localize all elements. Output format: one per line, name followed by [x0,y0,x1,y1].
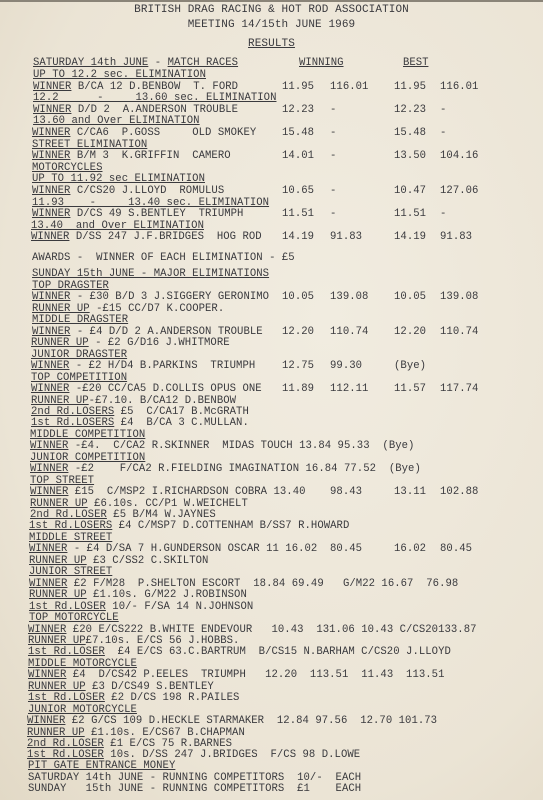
result-row: WINNER D/D 2 A.ANDERSON TROUBLE12.23-12.… [33,104,238,116]
result-label: WINNER [32,127,70,139]
time-b2: - [440,104,446,116]
result-label: 2nd Rd.LOSER [30,509,107,521]
time-b2: - [440,127,446,139]
result-detail: D/CS 49 S.BENTLEY TRIUMPH [70,208,243,220]
result-row: WINNER - £2 H/D4 B.PARKINS TRIUMPH12.759… [31,360,255,372]
col-winning: WINNING [299,57,344,69]
result-label: WINNER [29,543,67,555]
result-row: RUNNER UP-£7.10. B/CA12 D.BENBOW [31,395,236,407]
time-w1: 10.05 [282,291,314,303]
time-w1: 11.51 [282,208,314,220]
meeting-title: MEETING 14/15th JUNE 1969 [0,19,543,31]
time-w1: 14.01 [282,150,314,162]
time-b2: 102.88 [440,486,478,498]
time-b2: 104.16 [440,150,478,162]
time-b1: 11.57 [394,383,426,395]
result-row: WINNER D/CS 49 S.BENTLEY TRIUMPH11.51-11… [32,208,243,220]
result-detail: C/CA6 P.GOSS OLD SMOKEY [70,127,256,139]
result-detail: -£2 F/CA2 R.FIELDING IMAGINATION 16.84 7… [68,463,420,475]
section-heading: MIDDLE DRAGSTER [32,314,128,326]
time-b1: 14.19 [394,231,426,243]
pit-gate-heading: PIT GATE ENTRANCE MONEY [28,760,175,772]
result-label: RUNNER UP [31,337,89,349]
time-b2: 127.06 [440,185,478,197]
time-w2: 112.11 [330,383,368,395]
time-b2: 80.45 [440,543,472,555]
result-detail: £3 D/CS49 S.BENTLEY [86,681,214,693]
result-row: RUNNER UP £6.10s. CC/P1 W.WEICHELT [30,498,248,510]
result-row: 2nd Rd.LOSER £5 B/M4 W.JAYNES [30,509,216,521]
result-label: RUNNER UP [27,727,85,739]
result-row: WINNER C/CS20 J.LLOYD ROMULUS10.65-10.47… [32,185,224,197]
time-w2: 80.45 [330,543,362,555]
result-label: WINNER [33,104,71,116]
result-label: 1st Rd.LOSERS [29,520,112,532]
section-heading: TOP STREET [30,475,94,487]
result-row: WINNER £2 F/M28 P.SHELTON ESCORT 18.84 6… [29,578,458,590]
time-w2: 116.01 [330,81,368,93]
section-heading: JUNIOR COMPETITION [30,452,145,464]
result-detail: £1.10s. G/M22 J.ROBINSON [87,589,247,601]
time-w2: 99.30 [330,360,362,372]
result-label: WINNER [28,624,66,636]
section-heading: 12.2 - 13.60 sec. ELIMINATION [33,92,276,104]
result-label: RUNNER UP [31,395,89,407]
time-b1: 11.51 [394,208,426,220]
section-heading: TOP DRAGSTER [32,280,109,292]
section-heading: STREET ELIMINATION [32,139,147,151]
time-b2: 139.08 [440,291,478,303]
result-detail: £7.10s. E/CS 56 J.HOBBS. [86,635,240,647]
section-heading: TOP COMPETITION [31,372,127,384]
result-label: RUNNER UP [29,555,87,567]
result-row: WINNER -£20 CC/CA5 D.COLLIS OPUS ONE11.8… [31,383,262,395]
result-row: 1st Rd.LOSER £4 E/CS 63.C.BARTRUM B/CS15… [28,646,451,658]
result-row: 1st Rd.LOSERS £4 C/MSP7 D.COTTENHAM B/SS… [29,520,349,532]
result-detail: -£7.10. B/CA12 D.BENBOW [89,395,236,407]
result-row: RUNNER UP £3 C/SS2 C.SKILTON [29,555,208,567]
result-detail: £2 G/CS 109 D.HECKLE STARMAKER 12.84 97.… [65,715,437,727]
time-w1: 11.89 [282,383,314,395]
result-detail: - £2 G/D16 J.WHITMORE [89,337,230,349]
time-w1: 12.75 [282,360,314,372]
section-heading: MIDDLE COMPETITION [30,429,145,441]
result-label: WINNER [30,440,68,452]
time-b2: 110.74 [440,326,478,338]
result-detail: £1.10s. E/CS67 B.CHAPMAN [85,727,245,739]
time-w2: - [330,185,336,197]
col-best: BEST [403,57,428,69]
time-b1: (Bye) [394,360,426,372]
result-label: WINNER [32,185,70,197]
result-label: WINNER [30,486,68,498]
org-title: BRITISH DRAG RACING & HOT ROD ASSOCIATIO… [0,4,543,16]
result-detail: £20 E/CS222 B.WHITE ENDEVOUR 10.43 131.0… [66,624,476,636]
sunday-header: SUNDAY 15th JUNE - MAJOR ELIMINATIONS [32,268,269,280]
result-label: WINNER [33,81,71,93]
result-row: 1st Rd.LOSER £2 D/CS 198 R.PAILES [28,692,239,704]
section-heading: 11.93 - 13.40 sec. ELIMINATION [32,197,269,209]
section-heading: JUNIOR STREET [29,566,112,578]
time-w2: 91.83 [330,231,362,243]
result-detail: £4 C/MSP7 D.COTTENHAM B/SS7 R.HOWARD [112,520,349,532]
time-w1: 11.95 [282,81,314,93]
result-row: 2nd Rd.LOSER £1 E/CS 75 R.BARNES [27,738,232,750]
time-b1: 12.23 [394,104,426,116]
result-row: RUNNER UP -£15 CC/D7 K.COOPER. [32,303,224,315]
time-b1: 10.05 [394,291,426,303]
result-label: WINNER [32,208,70,220]
result-detail: D/SS 247 J.F.BRIDGES HOG ROD [69,231,261,243]
result-label: WINNER [31,231,69,243]
result-row: WINNER - £4 D/D 2 A.ANDERSON TROUBLE12.2… [32,326,263,338]
result-label: 2nd Rd.LOSERS [31,406,114,418]
section-heading: TOP MOTORCYCLE [29,612,119,624]
result-detail: £4 D/CS42 P.EELES TRIUMPH 12.20 113.51 1… [66,669,444,681]
time-b1: 11.95 [394,81,426,93]
time-w2: - [330,127,336,139]
result-detail: £6.10s. CC/P1 W.WEICHELT [88,498,248,510]
result-label: RUNNER UP [29,589,87,601]
section-heading: JUNIOR MOTORCYCLE [28,704,137,716]
result-label: 1st Rd.LOSER [29,601,106,613]
section-heading: MIDDLE MOTORCYCLE [28,658,137,670]
result-detail: - £30 B/D 3 J.SIGGERY GERONIMO [70,291,269,303]
result-detail: D/D 2 A.ANDERSON TROUBLE [71,104,238,116]
result-row: WINNER -£4. C/CA2 R.SKINNER MIDAS TOUCH … [30,440,414,452]
result-label: 1st Rd.LOSER [28,692,105,704]
result-row: RUNNER UP £1.10s. G/M22 J.ROBINSON [29,589,247,601]
section-heading: UP TO 12.2 sec. ELIMINATION [33,69,206,81]
result-detail: -£15 CC/D7 K.COOPER. [90,303,225,315]
time-w2: - [330,150,336,162]
time-w2: 110.74 [330,326,368,338]
result-label: WINNER [27,715,65,727]
awards-line: AWARDS - WINNER OF EACH ELIMINATION - £5 [32,252,295,264]
result-detail: - £4 D/SA 7 H.GUNDERSON OSCAR 11 16.02 [67,543,317,555]
result-label: 1st Rd.LOSERS [31,417,114,429]
time-b1: 16.02 [394,543,426,555]
result-detail: -£20 CC/CA5 D.COLLIS OPUS ONE [69,383,261,395]
result-detail: B/M 3 K.GRIFFIN CAMERO [70,150,230,162]
result-label: WINNER [32,326,70,338]
result-detail: £3 C/SS2 C.SKILTON [87,555,209,567]
result-label: 2nd Rd.LOSER [27,738,104,750]
result-detail: - £2 H/D4 B.PARKINS TRIUMPH [69,360,255,372]
time-w2: - [330,208,336,220]
result-label: WINNER [32,291,70,303]
result-label: WINNER [30,463,68,475]
saturday-header: SATURDAY 14th JUNE - MATCH RACES [33,57,238,69]
time-w1: 10.65 [282,185,314,197]
time-w1: 15.48 [282,127,314,139]
time-b1: 13.11 [394,486,426,498]
time-b1: 12.20 [394,326,426,338]
result-detail: C/CS20 J.LLOYD ROMULUS [70,185,224,197]
result-row: RUNNER UP £3 D/CS49 S.BENTLEY [28,681,214,693]
result-row: 1st Rd.LOSERS £4 B/CA 3 C.MULLAN. [31,417,249,429]
result-label: WINNER [28,669,66,681]
result-detail: -£4. C/CA2 R.SKINNER MIDAS TOUCH 13.84 9… [68,440,414,452]
result-row: RUNNER UP£7.10s. E/CS 56 J.HOBBS. [28,635,239,647]
result-row: WINNER £2 G/CS 109 D.HECKLE STARMAKER 12… [27,715,437,727]
time-b1: 10.47 [394,185,426,197]
time-b2: 117.74 [440,383,478,395]
result-detail: £2 D/CS 198 R.PAILES [105,692,240,704]
result-row: WINNER £15 C/MSP2 I.RICHARDSON COBRA 13.… [30,486,306,498]
time-w2: 98.43 [330,486,362,498]
time-b2: 91.83 [440,231,472,243]
result-row: WINNER -£2 F/CA2 R.FIELDING IMAGINATION … [30,463,421,475]
section-heading: 13.60 and Over ELIMINATION [33,115,200,127]
result-detail: £4 E/CS 63.C.BARTRUM B/CS15 N.BARHAM C/C… [105,646,451,658]
result-row: 2nd Rd.LOSERS £5 C/CA17 B.McGRATH [31,406,249,418]
result-detail: - £4 D/D 2 A.ANDERSON TROUBLE [70,326,262,338]
result-detail: £15 C/MSP2 I.RICHARDSON COBRA 13.40 [68,486,305,498]
section-heading: MOTORCYCLES [32,162,102,174]
result-label: RUNNER UP [28,681,86,693]
result-label: WINNER [29,578,67,590]
section-heading: UP TO 11.92 sec ELIMINATION [32,173,205,185]
time-b1: 15.48 [394,127,426,139]
results-sheet: BRITISH DRAG RACING & HOT ROD ASSOCIATIO… [0,0,543,800]
result-detail: 10/- F/SA 14 N.JOHNSON [106,601,253,613]
time-w2: 139.08 [330,291,368,303]
time-w1: 12.23 [282,104,314,116]
time-w1: 12.20 [282,326,314,338]
time-b1: 13.50 [394,150,426,162]
result-detail: £1 E/CS 75 R.BARNES [104,738,232,750]
time-w2: - [330,104,336,116]
result-row: 1st Rd.LOSER 10/- F/SA 14 N.JOHNSON [29,601,253,613]
result-label: 1st Rd.LOSER [28,646,105,658]
result-row: RUNNER UP £1.10s. E/CS67 B.CHAPMAN [27,727,245,739]
section-heading: MIDDLE STREET [29,532,112,544]
result-detail: £4 B/CA 3 C.MULLAN. [114,417,249,429]
result-detail: £2 F/M28 P.SHELTON ESCORT 18.84 69.49 G/… [67,578,458,590]
result-row: WINNER C/CA6 P.GOSS OLD SMOKEY15.48-15.4… [32,127,256,139]
time-b2: - [440,208,446,220]
result-row: WINNER B/CA 12 D.BENBOW T. FORD11.95116.… [33,81,238,93]
result-label: WINNER [31,360,69,372]
result-row: WINNER £4 D/CS42 P.EELES TRIUMPH 12.20 1… [28,669,444,681]
result-label: RUNNER UP [28,635,86,647]
result-row: WINNER B/M 3 K.GRIFFIN CAMERO14.01-13.50… [32,150,231,162]
result-label: WINNER [32,150,70,162]
time-b2: 116.01 [440,81,478,93]
result-row: WINNER D/SS 247 J.F.BRIDGES HOG ROD14.19… [31,231,262,243]
result-label: RUNNER UP [32,303,90,315]
result-label: WINNER [31,383,69,395]
result-detail: £5 C/CA17 B.McGRATH [114,406,249,418]
result-label: RUNNER UP [30,498,88,510]
result-row: WINNER - £30 B/D 3 J.SIGGERY GERONIMO10.… [32,291,269,303]
time-w1: 14.19 [282,231,314,243]
result-detail: B/CA 12 D.BENBOW T. FORD [71,81,238,93]
result-row: WINNER - £4 D/SA 7 H.GUNDERSON OSCAR 11 … [29,543,317,555]
result-row: WINNER £20 E/CS222 B.WHITE ENDEVOUR 10.4… [28,624,477,636]
results-heading: RESULTS [248,38,295,50]
result-detail: £5 B/M4 W.JAYNES [107,509,216,521]
section-heading: JUNIOR DRAGSTER [31,349,127,361]
section-heading: 13.40 and Over ELIMINATION [31,220,204,232]
result-row: RUNNER UP - £2 G/D16 J.WHITMORE [31,337,230,349]
pit-gate-sunday: SUNDAY 15th JUNE - RUNNING COMPETITORS £… [28,783,361,795]
